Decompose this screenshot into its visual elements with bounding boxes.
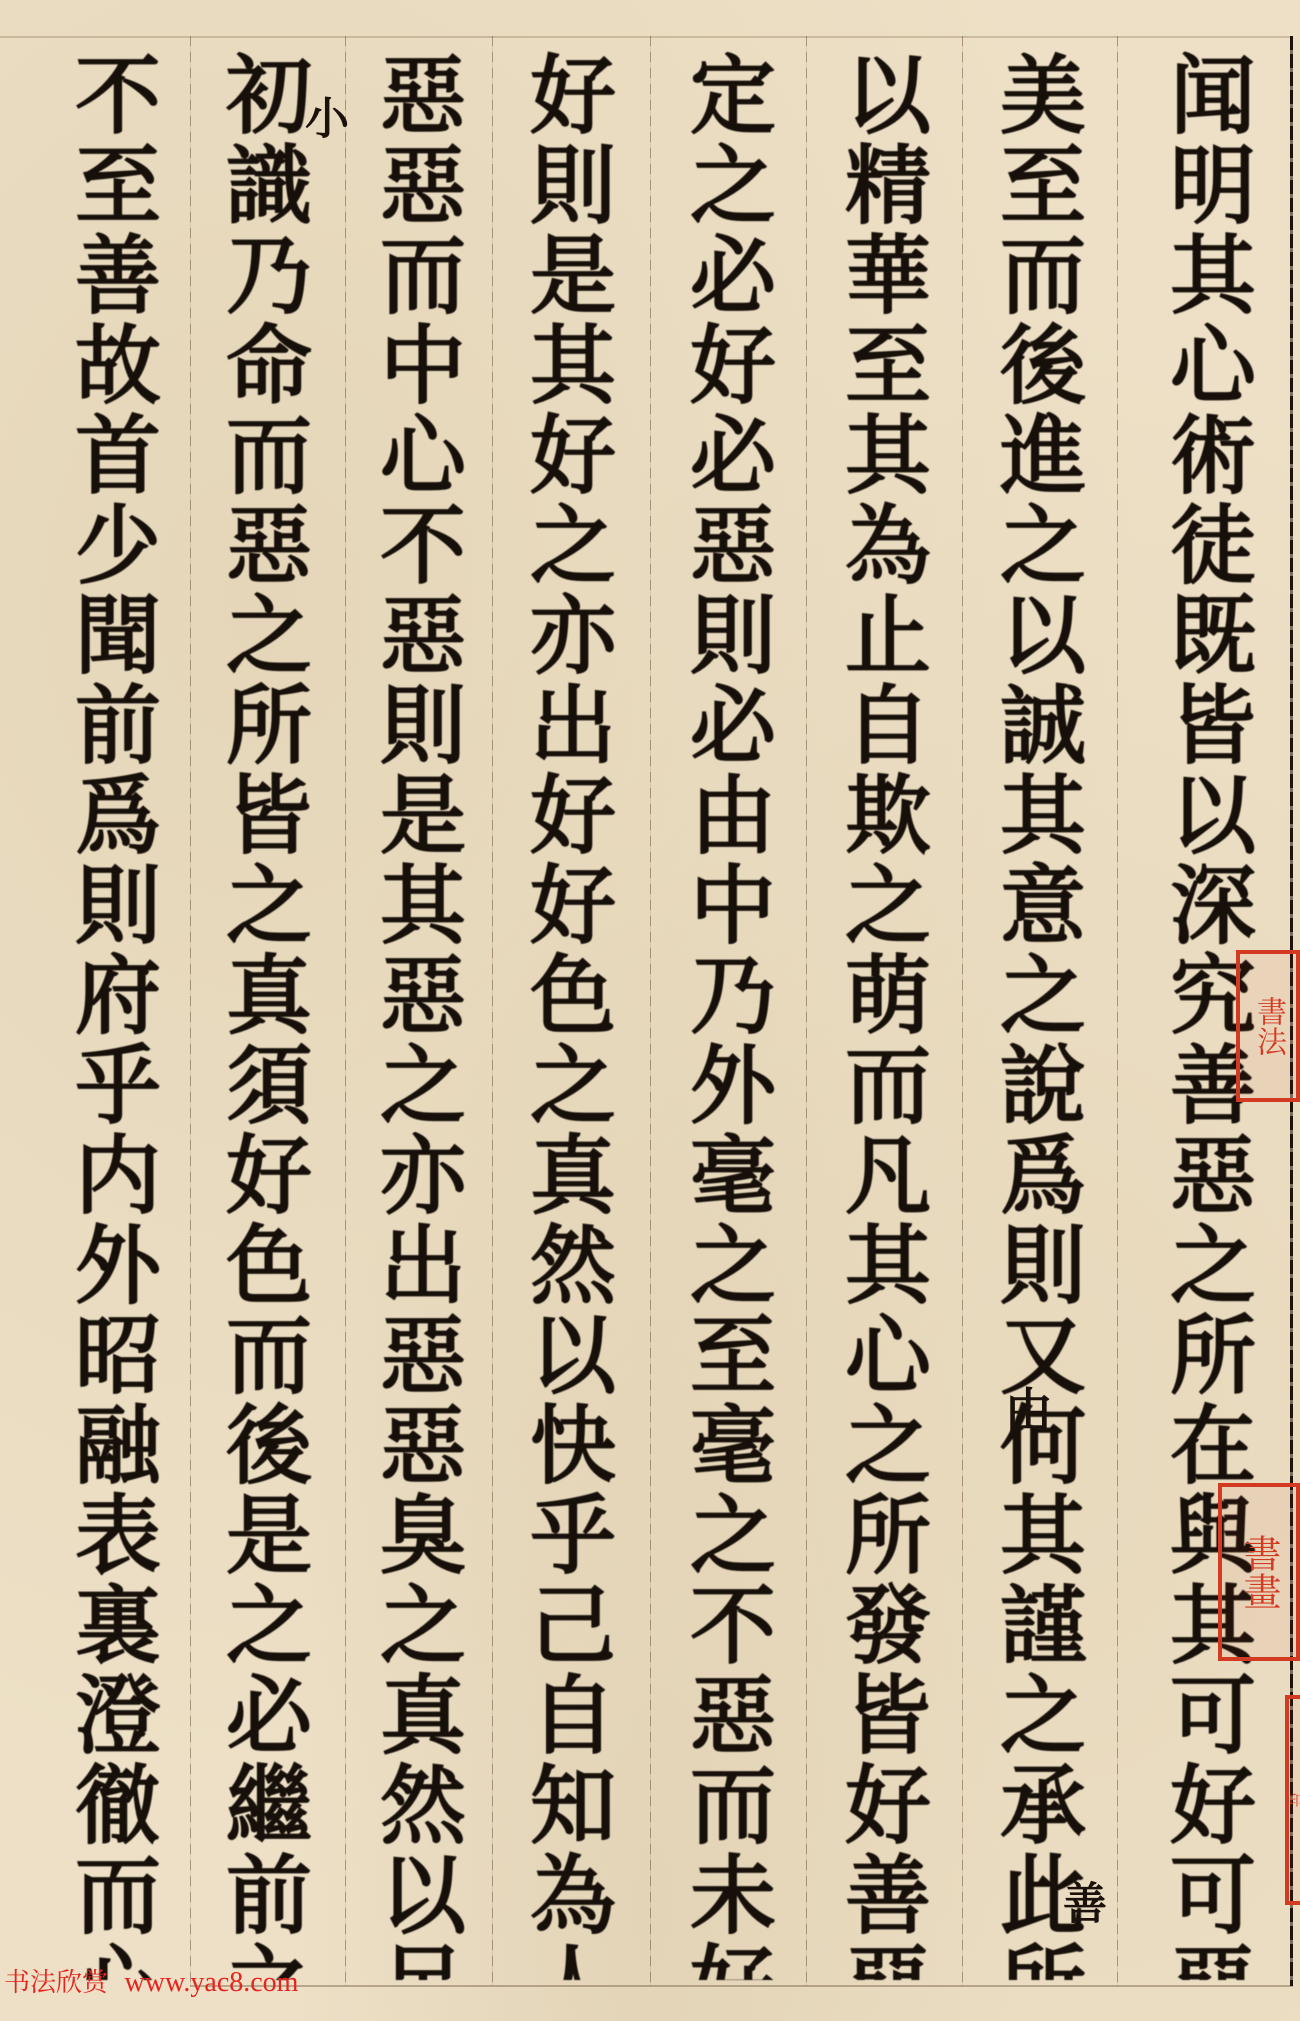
- column-divider: [806, 36, 807, 1986]
- red-seal-stamp: 印: [1285, 1695, 1300, 1905]
- calligraphy-column-7: 初識乃命而惡之所皆之真須好色而後是之必繼前之此念相: [196, 50, 336, 1980]
- calligraphy-column-2: 美至而後進之以誠其意之說爲則又何其謹之承此所謂誠之是: [970, 50, 1110, 1980]
- annotation-you: 由: [990, 1385, 1059, 1433]
- calligraphy-column-4: 定之必好必惡則必由中乃外毫之至毫之不惡而未好善而來不: [660, 50, 800, 1980]
- column-divider: [1117, 36, 1118, 1986]
- red-seal-stamp: 書法: [1236, 950, 1300, 1102]
- calligraphy-column-3: 以精華至其為止自欺之萌而凡其心之所發皆好善惡惡中乃外之至: [815, 50, 955, 1980]
- calligraphy-column-6: 惡惡而中心不惡則是其惡之亦出惡惡臭之真然以足乎己之好: [350, 50, 490, 1980]
- bottom-border-line: [190, 1985, 1293, 1987]
- calligraphy-column-8: 不至善故首少聞前爲則府乎内外昭融表裏澄徹而心無不: [45, 50, 185, 1980]
- column-divider: [345, 36, 346, 1986]
- watermark-url: www.yac8.com: [125, 1967, 299, 1998]
- column-divider: [650, 36, 651, 1986]
- column-divider: [492, 36, 493, 1986]
- site-watermark: 书法欣赏 www.yac8.com: [4, 1962, 298, 1999]
- annotation-shan: 善: [1048, 1880, 1112, 1924]
- calligraphy-column-5: 好則是其好之亦出好好色之真然以快乎己自知為人之而好之也: [500, 50, 640, 1980]
- column-divider: [962, 36, 963, 1986]
- watermark-title: 书法欣赏: [4, 1968, 108, 1998]
- annotation-small: 小: [290, 95, 354, 139]
- top-border-line: [0, 36, 1293, 38]
- red-seal-stamp: 書畫: [1218, 1483, 1300, 1661]
- column-divider: [190, 36, 191, 1986]
